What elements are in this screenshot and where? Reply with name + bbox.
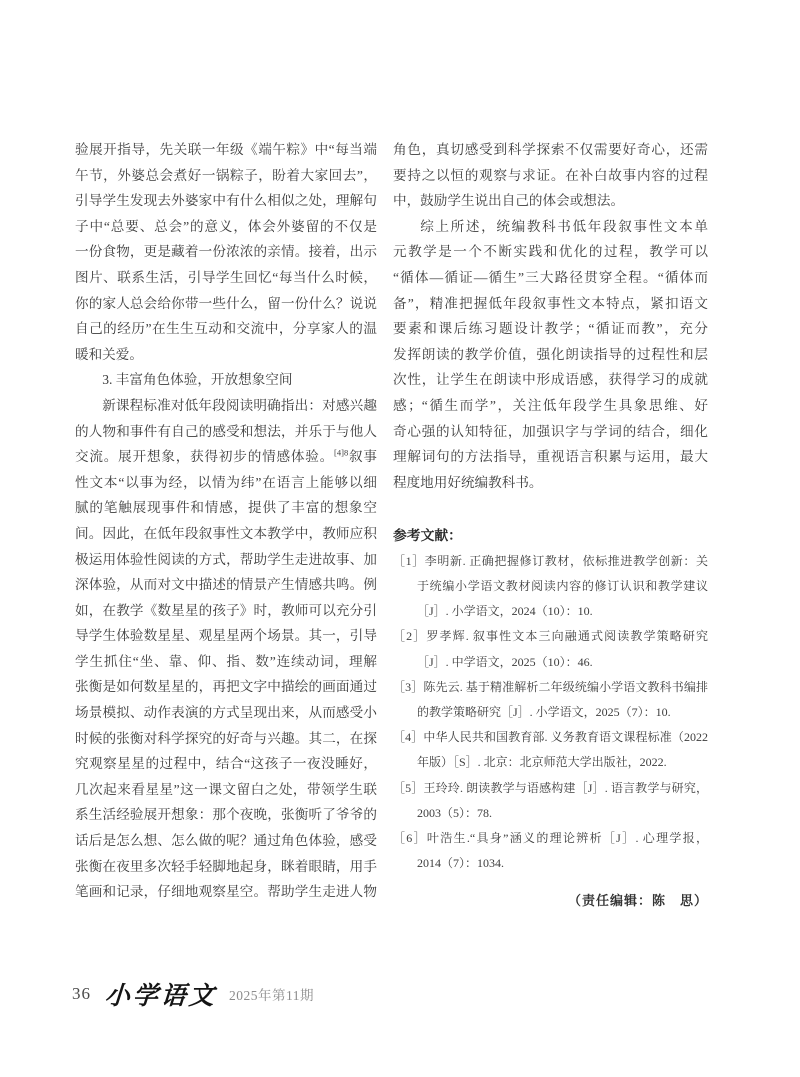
references-list: ［1］李明新. 正确把握修订教材，依标推进教学创新：关于统编小学语文教材阅读内容… bbox=[393, 549, 708, 876]
left-column: 验展开指导，先关联一年级《端午粽》中“每当端午节，外婆总会煮好一锅粽子，盼着大家… bbox=[75, 137, 377, 905]
text-line: 导学生体验数星星、观星星两个场景。其一，引导 bbox=[75, 623, 377, 649]
text-line: 中，鼓励学生说出自己的体会或想法。 bbox=[393, 188, 708, 214]
text-line: 新课程标准对低年段阅读明确指出：对感兴趣 bbox=[75, 393, 377, 419]
text-line: 理解词句的方法指导，重视语言积累与运用，最大 bbox=[393, 444, 708, 470]
journal-logo: 小学语文 bbox=[104, 976, 219, 1012]
text-line: 自己的经历”在生生互动和交流中，分享家人的温 bbox=[75, 316, 377, 342]
text-line: 2003（5）：78. bbox=[393, 801, 708, 826]
text-line: 深体验，从而对文中描述的情景产生情感共鸣。例 bbox=[75, 572, 377, 598]
text-line: ［1］李明新. 正确把握修订教材，依标推进教学创新：关 bbox=[393, 549, 708, 574]
text-line: 场景模拟、动作表演的方式呈现出来，从而感受小 bbox=[75, 700, 377, 726]
text-line: 发挥朗读的教学价值，强化朗读指导的过程性和层 bbox=[393, 342, 708, 368]
reference-item: ［1］李明新. 正确把握修订教材，依标推进教学创新：关于统编小学语文教材阅读内容… bbox=[393, 549, 708, 625]
reference-item: ［5］王玲玲. 朗读教学与语感构建［J］. 语言教学与研究，2003（5）：78… bbox=[393, 776, 708, 826]
text-line: 系生活经验展开想象：那个夜晚，张衡听了爷爷的 bbox=[75, 802, 377, 828]
text-line: 3. 丰富角色体验，开放想象空间 bbox=[75, 367, 377, 393]
text-line: 年版）［S］. 北京：北京师范大学出版社，2022. bbox=[393, 750, 708, 775]
editor-note: （责任编辑：陈 思） bbox=[393, 890, 708, 909]
text-line: 性文本“以事为经，以情为纬”在语言上能够以细 bbox=[75, 470, 377, 496]
text-line: 究观察星星的过程中，结合“这孩子一夜没睡好， bbox=[75, 751, 377, 777]
text-line: 时候的张衡对科学探究的好奇与兴趣。其二，在探 bbox=[75, 726, 377, 752]
text-line: 学生抓住“坐、靠、仰、指、数”连续动词，理解 bbox=[75, 649, 377, 675]
text-line: 图片、联系生活，引导学生回忆“每当什么时候， bbox=[75, 265, 377, 291]
text-line: ［J］. 小学语文，2024（10）：10. bbox=[393, 599, 708, 624]
citation-superscript: [4]8 bbox=[334, 448, 348, 458]
reference-item: ［2］罗孝辉. 叙事性文本三向融通式阅读教学策略研究［J］. 中学语文，2025… bbox=[393, 624, 708, 674]
text-line: 腻的笔触展现事件和情感，提供了丰富的想象空 bbox=[75, 495, 377, 521]
text-line: 几次起来看星星”这一课文留白之处，带领学生联 bbox=[75, 777, 377, 803]
text-line: 间。因此，在低年段叙事性文本教学中，教师应积 bbox=[75, 521, 377, 547]
text-line: 角色，真切感受到科学探索不仅需要好奇心，还需 bbox=[393, 137, 708, 163]
text-line: 一份食物，更是藏着一份浓浓的亲情。接着，出示 bbox=[75, 239, 377, 265]
text-line: 笔画和记录，仔细地观察星空。帮助学生走进人物 bbox=[75, 879, 377, 905]
text-line: 你的家人总会给你带一些什么，留一份什么？说说 bbox=[75, 291, 377, 317]
text-line: 引导学生发现去外婆家中有什么相似之处，理解句 bbox=[75, 188, 377, 214]
text-line: ［3］陈先云. 基于精准解析二年级统编小学语文教科书编排 bbox=[393, 675, 708, 700]
text-line: 张衡是如何数星星的，再把文字中描绘的画面通过 bbox=[75, 674, 377, 700]
reference-item: ［6］叶浩生.“具身”涵义的理论辨析［J］. 心理学报，2014（7）：1034… bbox=[393, 826, 708, 876]
text-line: 验展开指导，先关联一年级《端午粽》中“每当端 bbox=[75, 137, 377, 163]
text-line: 2014（7）：1034. bbox=[393, 851, 708, 876]
text-line: 子中“总要、总会”的意义，体会外婆留的不仅是 bbox=[75, 214, 377, 240]
text-line: 于统编小学语文教材阅读内容的修订认识和教学建议 bbox=[393, 574, 708, 599]
text-line: 要素和课后练习题设计教学；“循证而教”，充分 bbox=[393, 316, 708, 342]
text-line: ［5］王玲玲. 朗读教学与语感构建［J］. 语言教学与研究， bbox=[393, 776, 708, 801]
text-line: 感；“循生而学”，关注低年段学生具象思维、好 bbox=[393, 393, 708, 419]
reference-item: ［4］中华人民共和国教育部. 义务教育语文课程标准（2022年版）［S］. 北京… bbox=[393, 725, 708, 775]
text-line: ［4］中华人民共和国教育部. 义务教育语文课程标准（2022 bbox=[393, 725, 708, 750]
text-line: 奇心强的认知特征，加强识字与学词的结合，细化 bbox=[393, 419, 708, 445]
text-line: 综上所述，统编教科书低年段叙事性文本单 bbox=[393, 214, 708, 240]
text-line: 张衡在夜里多次轻手轻脚地起身，眯着眼睛，用手 bbox=[75, 854, 377, 880]
text-line: 交流。展开想象，获得初步的情感体验。[4]8叙事 bbox=[75, 444, 377, 470]
text-line: 元教学是一个不断实践和优化的过程，教学可以 bbox=[393, 239, 708, 265]
text-line: 如，在教学《数星星的孩子》时，教师可以充分引 bbox=[75, 598, 377, 624]
reference-item: ［3］陈先云. 基于精准解析二年级统编小学语文教科书编排的教学策略研究［J］. … bbox=[393, 675, 708, 725]
text-line: 的教学策略研究［J］. 小学语文，2025（7）：10. bbox=[393, 700, 708, 725]
page-number: 36 bbox=[72, 984, 91, 1004]
text-line: “循体—循证—循生”三大路径贯穿全程。“循体而 bbox=[393, 265, 708, 291]
text-line: 午节，外婆总会煮好一锅粽子，盼着大家回去”， bbox=[75, 163, 377, 189]
journal-page: 验展开指导，先关联一年级《端午粽》中“每当端午节，外婆总会煮好一锅粽子，盼着大家… bbox=[0, 0, 800, 1077]
text-line: 暖和关爱。 bbox=[75, 342, 377, 368]
right-column: 角色，真切感受到科学探索不仅需要好奇心，还需要持之以恒的观察与求证。在补白故事内… bbox=[393, 137, 708, 909]
text-line: 次性，让学生在朗读中形成语感，获得学习的成就 bbox=[393, 367, 708, 393]
page-footer: 36 小学语文 2025年第11期 bbox=[72, 976, 740, 1012]
references-heading: 参考文献： bbox=[393, 523, 708, 549]
text-line: 的人物和事件有自己的感受和想法，并乐于与他人 bbox=[75, 419, 377, 445]
right-column-body: 角色，真切感受到科学探索不仅需要好奇心，还需要持之以恒的观察与求证。在补白故事内… bbox=[393, 137, 708, 495]
text-line: ［J］. 中学语文，2025（10）：46. bbox=[393, 650, 708, 675]
text-line: ［6］叶浩生.“具身”涵义的理论辨析［J］. 心理学报， bbox=[393, 826, 708, 851]
text-line: ［2］罗孝辉. 叙事性文本三向融通式阅读教学策略研究 bbox=[393, 624, 708, 649]
text-line: 极运用体验性阅读的方式，帮助学生走进故事、加 bbox=[75, 547, 377, 573]
issue-label: 2025年第11期 bbox=[229, 984, 314, 1004]
text-line: 程度地用好统编教科书。 bbox=[393, 470, 708, 496]
text-line: 话后是怎么想、怎么做的呢？通过角色体验，感受 bbox=[75, 828, 377, 854]
text-line: 要持之以恒的观察与求证。在补白故事内容的过程 bbox=[393, 163, 708, 189]
text-line: 备”，精准把握低年段叙事性文本特点，紧扣语文 bbox=[393, 291, 708, 317]
